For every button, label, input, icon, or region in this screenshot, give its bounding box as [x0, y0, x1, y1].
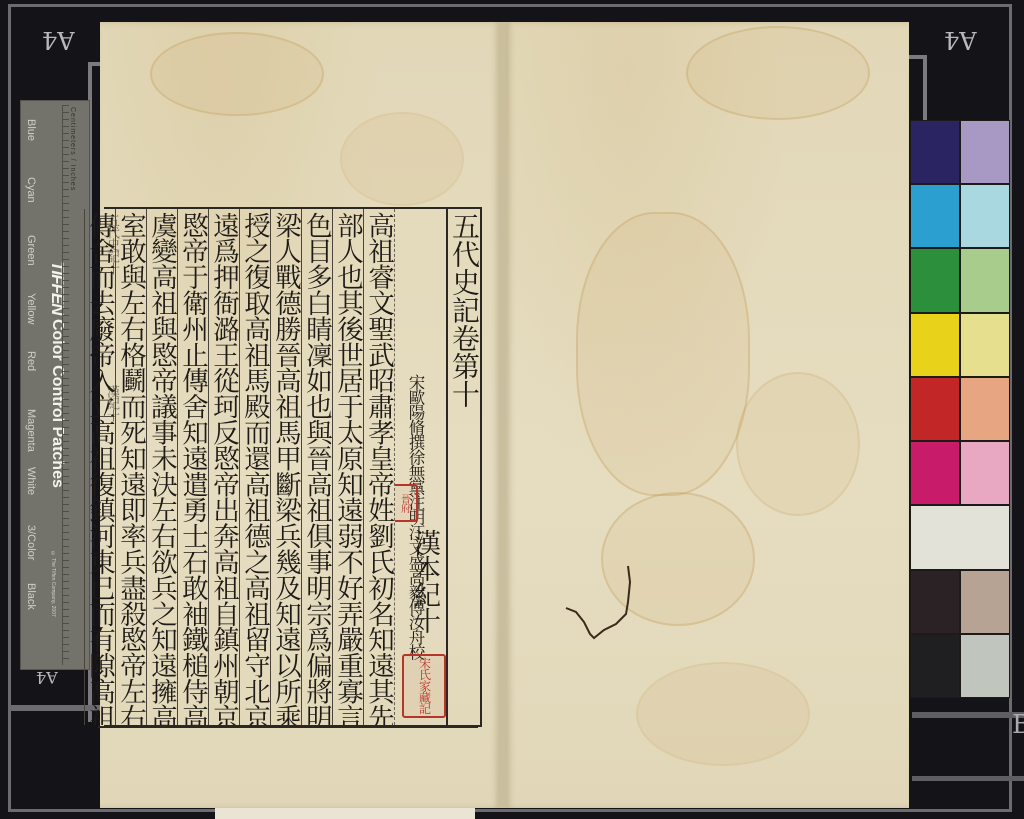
ruler-color-label: Magenta — [25, 409, 37, 467]
patch-black-dark — [910, 634, 960, 698]
ruler-color-label: 3/Color — [25, 525, 37, 583]
water-stain — [736, 372, 860, 516]
printed-text-block: 五代史記卷第十 宋歐陽脩撰徐無黨注明汪文盛高毅傅汝舟校 晉府 漢本紀十 宋氏家藏… — [104, 207, 482, 727]
water-stain — [150, 32, 324, 116]
ruler-copyright: © The Tiffen Company, 2007 — [50, 551, 56, 617]
patch-green-dark — [910, 248, 960, 312]
patch-magenta-light — [960, 441, 1010, 505]
board-label-a4: A4 — [36, 668, 58, 687]
patch-cyan-light — [960, 184, 1010, 248]
patch-red-light — [960, 377, 1010, 441]
right-page — [506, 22, 909, 808]
ruler-color-label: Black — [25, 583, 37, 641]
block-bottom-rule — [98, 726, 478, 728]
patch-yellow-dark — [910, 313, 960, 377]
patch-blue-light — [960, 120, 1010, 184]
patch-blue-dark — [910, 120, 960, 184]
red-seal-stamp: 宋氏家藏記 — [402, 654, 446, 718]
water-stain — [340, 112, 464, 206]
patch-green-light — [960, 248, 1010, 312]
volume-title: 五代史記卷第十 — [446, 209, 480, 725]
board-guide-bar — [912, 712, 1024, 718]
patch-3color-dark — [910, 570, 960, 634]
board-guide-bar — [912, 776, 1024, 781]
chapter-heading: 漢本紀十 — [409, 529, 440, 633]
text-column: 傳舍而去廢帝入立高祖復鎮河東已而有隙高祖將舉 — [84, 209, 115, 725]
patch-red-dark — [910, 377, 960, 441]
ruler-color-label: White — [25, 467, 37, 525]
ruler-color-label: Green — [25, 235, 37, 293]
ruler-color-label: Red — [25, 351, 37, 409]
ruler-color-label: Cyan — [25, 177, 37, 235]
patch-black-light — [960, 634, 1010, 698]
board-label-a4: A4 — [42, 26, 75, 54]
patch-cyan-dark — [910, 184, 960, 248]
fore-edge-chapter: 漢紀十 — [102, 385, 121, 421]
water-stain — [576, 212, 750, 496]
paper-tear-mark — [546, 562, 646, 662]
text-column: 室敢與左右格鬬而死知遠即率兵盡殺愍帝左右留帝 — [115, 209, 146, 725]
text-column: 部人也其後世居于太原知遠弱不好弄嚴重寡言面紫 — [332, 209, 363, 725]
red-seal-stamp: 晉府 — [394, 484, 418, 522]
water-stain — [636, 662, 810, 766]
water-stain — [686, 26, 870, 120]
text-column: 梁人戰德勝晉高祖馬甲斷梁兵幾及知遠以所乘之馬 — [270, 209, 301, 725]
ruler-color-labels: Blue Cyan Green Yellow Red Magenta White… — [25, 119, 37, 641]
text-column: 遠爲押衙潞王從珂反愍帝出奔高祖自鎮州朝京師遇 — [208, 209, 239, 725]
patch-3color-light — [960, 570, 1010, 634]
board-label-a4: A4 — [944, 26, 977, 54]
text-column: 高祖睿文聖武昭肅孝皇帝姓劉氏初名知遠其先沙陀 — [363, 209, 394, 725]
patch-white — [910, 505, 1010, 569]
text-columns: 五代史記卷第十 宋歐陽脩撰徐無黨注明汪文盛高毅傅汝舟校 晉府 漢本紀十 宋氏家藏… — [84, 209, 480, 725]
color-control-patches — [910, 120, 1010, 698]
patch-magenta-dark — [910, 441, 960, 505]
board-label-b: B — [1012, 710, 1024, 740]
patch-yellow-light — [960, 313, 1010, 377]
text-column: 虞變高祖與愍帝議事未決左右欲兵之知遠擁高祖入 — [146, 209, 177, 725]
paper-slip — [215, 808, 475, 819]
text-column: 愍帝于衛州止傳舍知遠遣勇士石敢袖鐵槌侍高祖以 — [177, 209, 208, 725]
ruler-color-label: Yellow — [25, 293, 37, 351]
byline-column: 宋歐陽脩撰徐無黨注明汪文盛高毅傅汝舟校 晉府 漢本紀十 宋氏家藏記 — [394, 209, 446, 725]
text-column: 色目多白睛凜如也與晉高祖俱事明宗爲偏將明宗及 — [301, 209, 332, 725]
tiffen-color-control-ruler: Blue Cyan Green Yellow Red Magenta White… — [20, 100, 90, 670]
ruler-color-label: Blue — [25, 119, 37, 177]
text-column: 授之復取高祖馬殿而還高祖德之高祖留守北京以知 — [239, 209, 270, 725]
fore-edge-title: 五代史記十 — [102, 214, 121, 274]
